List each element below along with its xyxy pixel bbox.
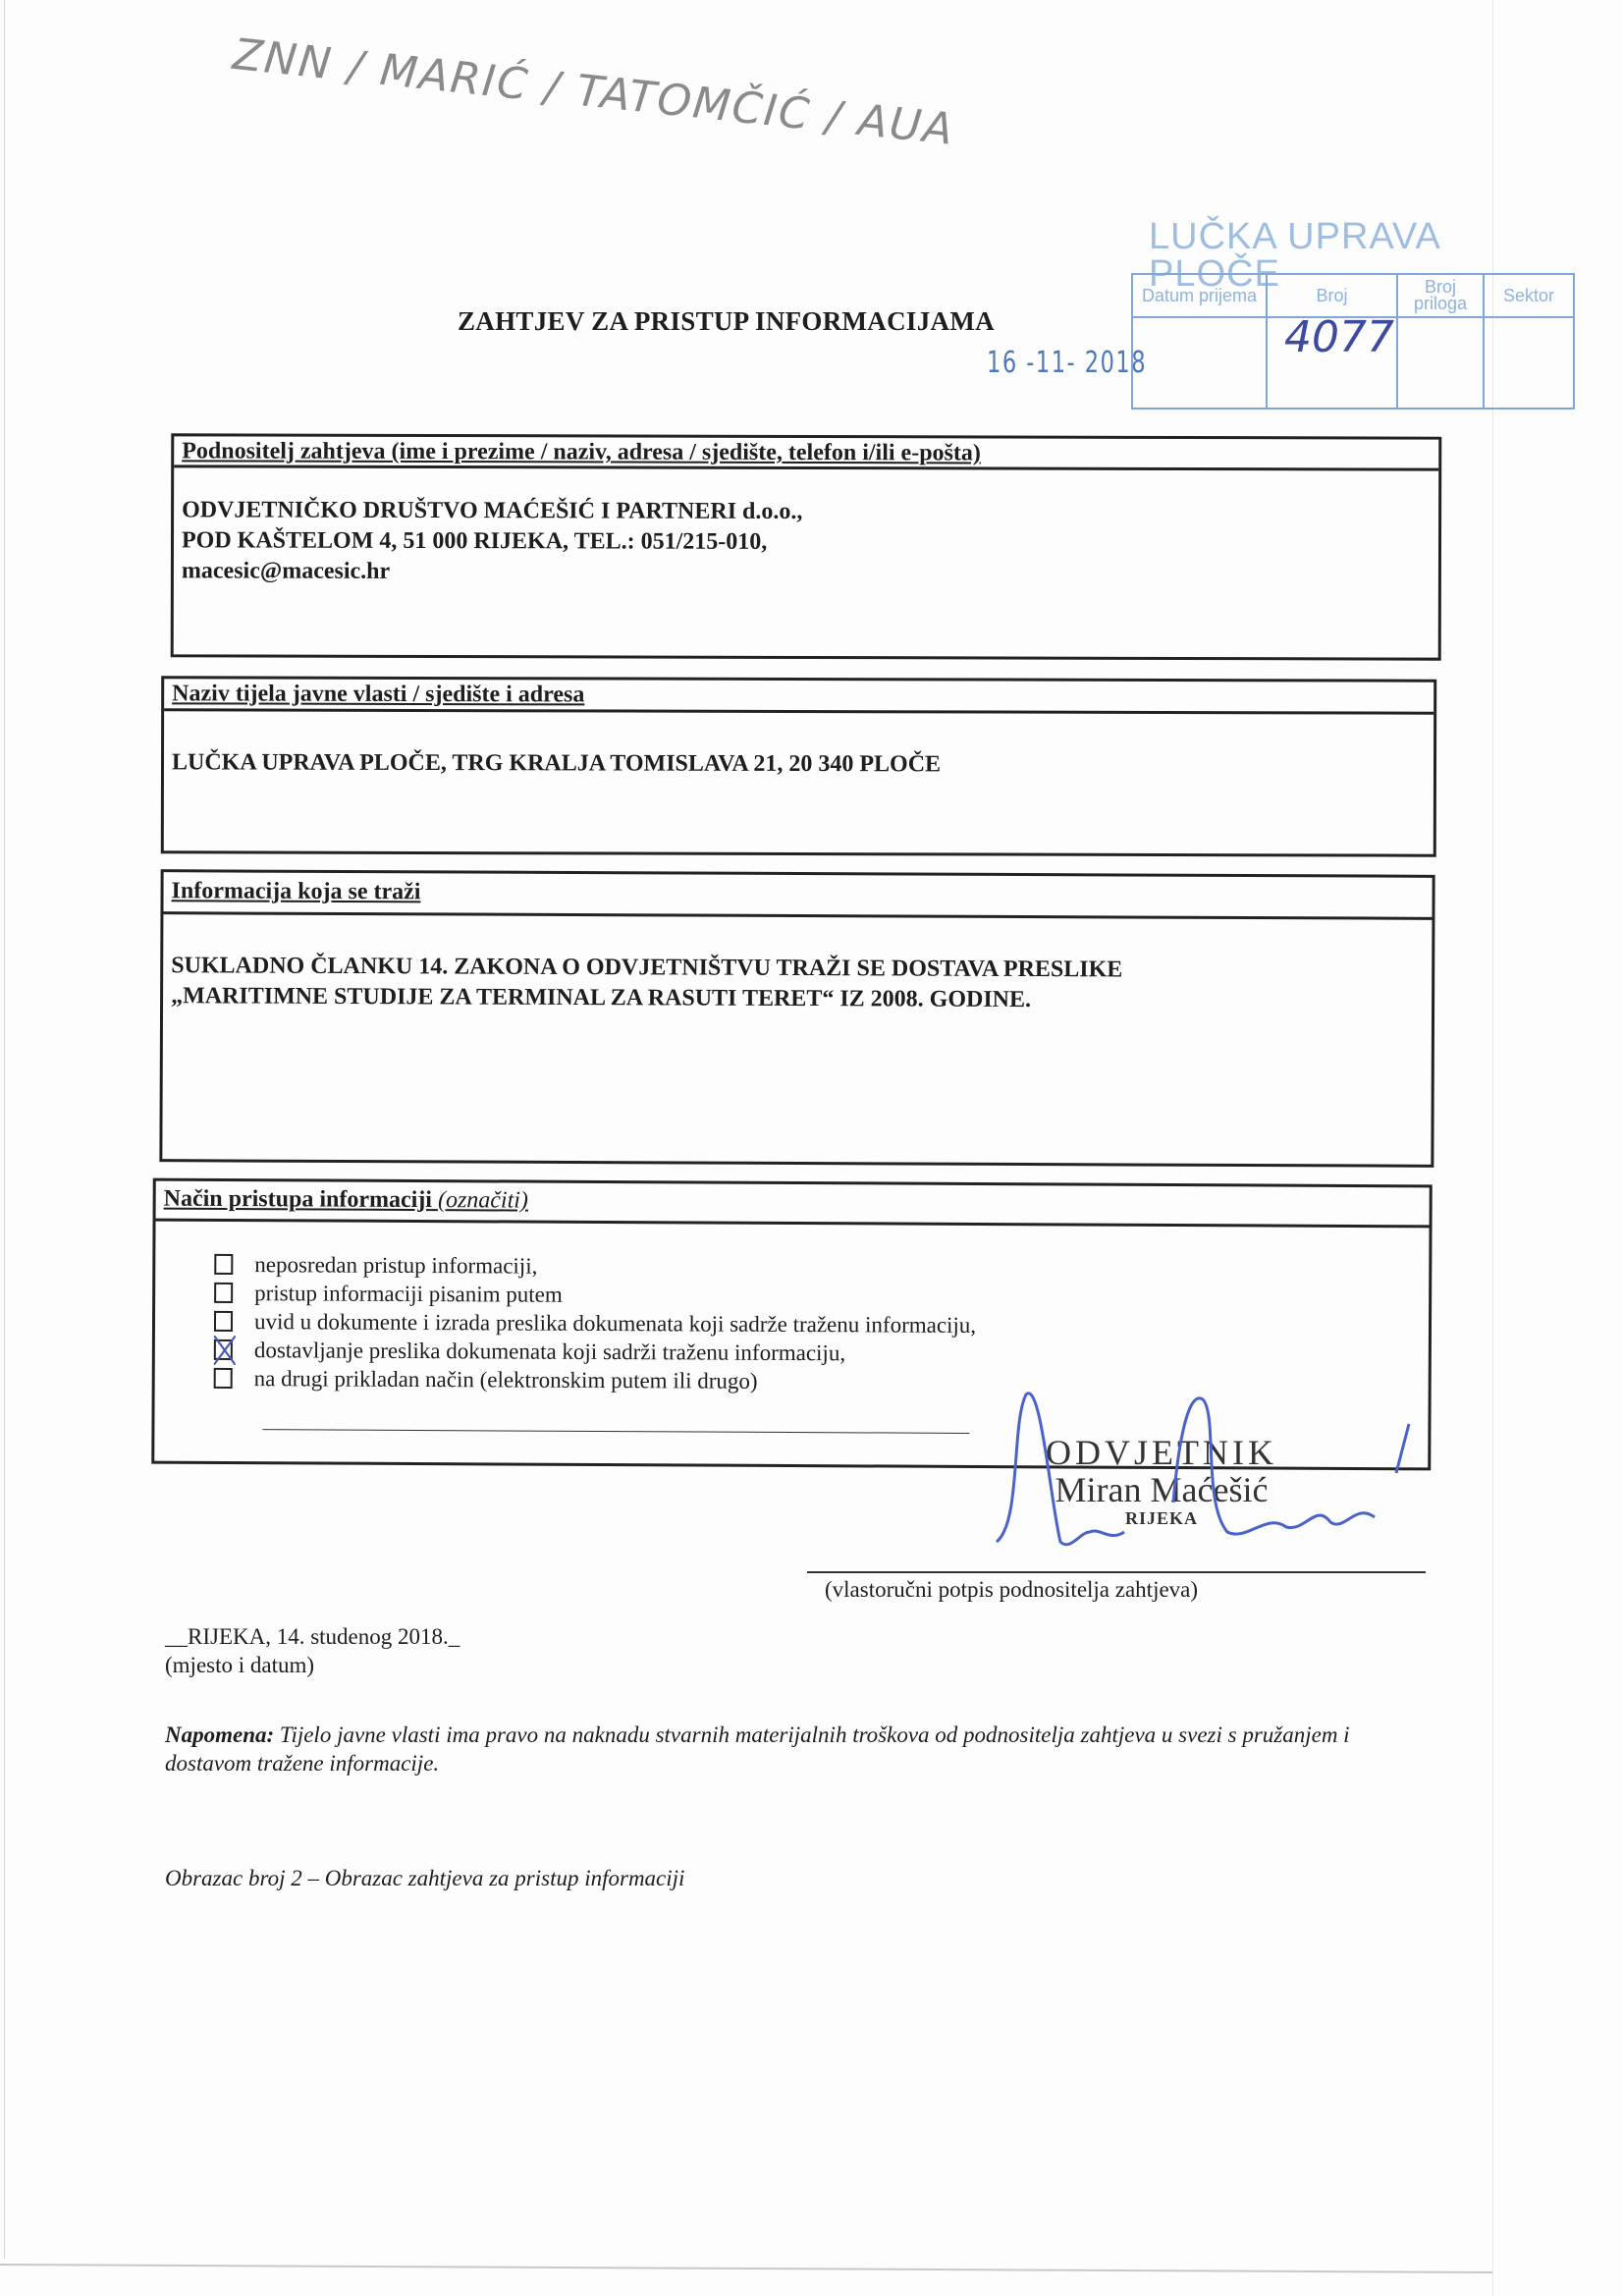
- checkbox-icon[interactable]: [214, 1311, 233, 1332]
- stamp-attachments-cell: [1398, 318, 1485, 408]
- place-and-date: __RIJEKA, 14. studenog 2018._ (mjesto i …: [165, 1622, 460, 1679]
- stamp-handwritten-number: 4077: [1284, 312, 1394, 362]
- place-date-caption: (mjesto i datum): [165, 1651, 460, 1679]
- option-direct-access[interactable]: neposredan pristup informaciji,: [214, 1250, 976, 1283]
- information-line-1: SUKLADNO ČLANKU 14. ZAKONA O ODVJETNIŠTV…: [171, 951, 1122, 985]
- authority-section: Naziv tijela javne vlasti / sjedište i a…: [161, 676, 1436, 856]
- stamp-date-received: 16 -11- 2018: [987, 346, 1147, 380]
- information-details: SUKLADNO ČLANKU 14. ZAKONA O ODVJETNIŠTV…: [171, 951, 1122, 1015]
- stamp-col-sector: Sektor: [1485, 275, 1573, 318]
- checkbox-checked-icon[interactable]: [214, 1339, 233, 1360]
- information-section: Informacija koja se traži SUKLADNO ČLANK…: [159, 869, 1434, 1168]
- scanned-page: ZNN / MARIĆ / TATOMČIĆ / AUA LUČKA UPRAV…: [0, 0, 1623, 2296]
- note-text: Tijelo javne vlasti ima pravo na naknadu…: [165, 1722, 1350, 1776]
- other-method-fill-line: [262, 1429, 969, 1434]
- authority-label: Naziv tijela javne vlasti / sjedište i a…: [164, 679, 1434, 714]
- applicant-email: macesic@macesic.hr: [182, 556, 802, 588]
- access-method-options: neposredan pristup informaciji, pristup …: [214, 1250, 977, 1396]
- reception-stamp: LUČKA UPRAVA PLOČE Datum prijema Broj Br…: [1131, 218, 1553, 293]
- document-title: ZAHTJEV ZA PRISTUP INFORMACIJAMA: [458, 306, 995, 337]
- applicant-name: ODVJETNIČKO DRUŠTVO MAĆEŠIĆ I PARTNERI d…: [182, 495, 802, 527]
- stamp-col-attachments: Broj priloga: [1398, 275, 1485, 318]
- note-label: Napomena:: [165, 1722, 274, 1747]
- note: Napomena: Tijelo javne vlasti ima pravo …: [165, 1721, 1441, 1777]
- applicant-label: Podnositelj zahtjeva (ime i prezime / na…: [174, 436, 1438, 470]
- authority-details: LUČKA UPRAVA PLOČE, TRG KRALJA TOMISLAVA…: [172, 747, 941, 780]
- applicant-details: ODVJETNIČKO DRUŠTVO MAĆEŠIĆ I PARTNERI d…: [182, 495, 803, 588]
- scan-edge-bottom: [0, 2264, 1492, 2273]
- access-method-label: Način pristupa informaciji (označiti): [156, 1181, 1430, 1229]
- option-other-method[interactable]: na drugi prikladan način (elektronskim p…: [214, 1364, 976, 1396]
- option-inspect-and-copy[interactable]: uvid u dokumente i izrada preslika dokum…: [214, 1307, 976, 1339]
- information-line-2: „MARITIMNE STUDIJE ZA TERMINAL ZA RASUTI…: [171, 981, 1122, 1015]
- checkbox-icon[interactable]: [214, 1254, 233, 1275]
- option-deliver-copies[interactable]: dostavljanje preslika dokumenata koji sa…: [214, 1336, 976, 1368]
- stamp-col-date: Datum prijema: [1133, 275, 1268, 318]
- authority-name-address: LUČKA UPRAVA PLOČE, TRG KRALJA TOMISLAVA…: [172, 747, 941, 780]
- stamp-sector-cell: [1485, 318, 1573, 408]
- scan-edge-left: [4, 0, 5, 2259]
- place-date-value: __RIJEKA, 14. studenog 2018._: [165, 1622, 460, 1651]
- signature-line: [807, 1571, 1426, 1573]
- applicant-address: POD KAŠTELOM 4, 51 000 RIJEKA, TEL.: 051…: [182, 525, 802, 558]
- stamp-date-cell: [1133, 318, 1268, 408]
- applicant-section: Podnositelj zahtjeva (ime i prezime / na…: [171, 433, 1442, 660]
- checkbox-icon[interactable]: [214, 1368, 233, 1389]
- checkbox-icon[interactable]: [214, 1283, 233, 1303]
- form-footer: Obrazac broj 2 – Obrazac zahtjeva za pri…: [165, 1866, 684, 1891]
- information-label: Informacija koja se traži: [163, 872, 1432, 920]
- handwritten-signature-icon: [992, 1385, 1424, 1561]
- handwritten-routing-note: ZNN / MARIĆ / TATOMČIĆ / AUA: [231, 29, 957, 155]
- option-written-access[interactable]: pristup informaciji pisanim putem: [214, 1279, 976, 1311]
- signature-caption: (vlastoručni potpis podnositelja zahtjev…: [825, 1577, 1198, 1603]
